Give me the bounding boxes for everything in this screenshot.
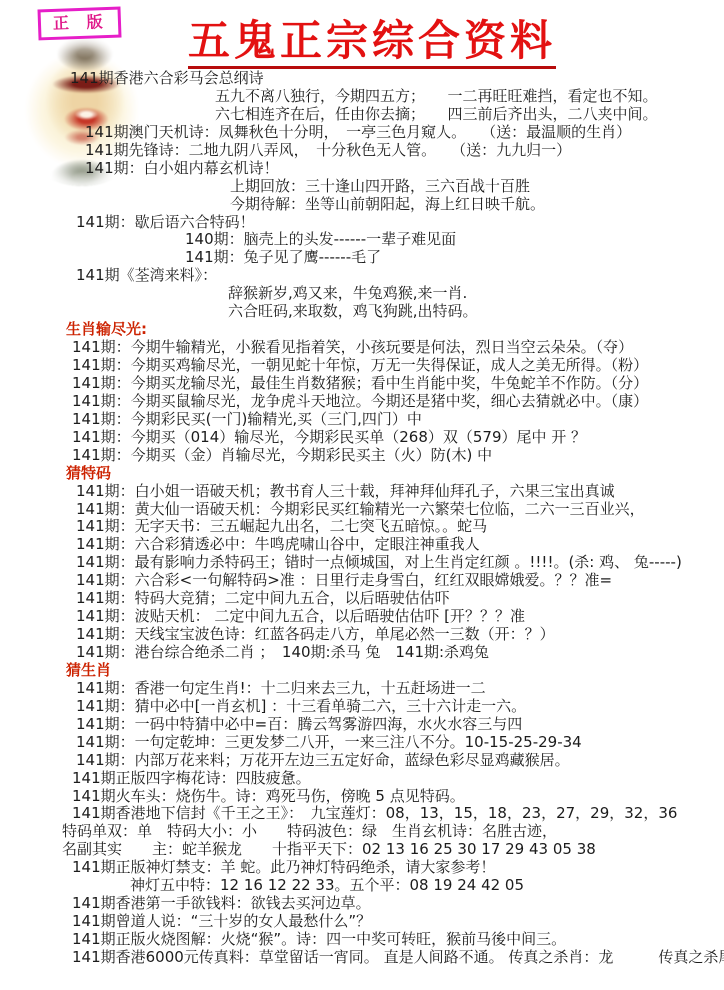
text-line: 141期先锋诗：二地九阴八弄风， 十分秋色无人管。 （送：九九归一）: [0, 142, 724, 160]
text-line: 141期：今期牛输精光，小猴看见指着笑，小孩玩要是何法，烈日当空云朵朵。（夺）: [0, 339, 724, 357]
genuine-badge-label: 正 版: [53, 12, 109, 33]
text-line: 141期：内部万花来料；万花开左边三五定好命，蓝绿色彩尽显鸡藏猴居。: [0, 752, 724, 770]
text-line: 141期：黄大仙一语破天机：今期彩民买红输精光一六繁荣七位临，二六一三百业兴，: [0, 501, 724, 519]
text-line: 141期：今期买（014）输尽光，今期彩民买单（268）双（579）尾中 开 ？: [0, 429, 724, 447]
text-line: 141期正版四字梅花诗：四肢疲惫。: [0, 770, 724, 788]
text-line: 141期正版火烧图解：火烧“猴”。诗：四一中奖可转旺，猴前马後中间三。: [0, 931, 724, 949]
text-line: 上期回放：三十逢山四开路，三六百战十百胜: [0, 178, 724, 196]
text-line: 141期：最有影响力杀特码王；错时一点倾城国，对上生肖定红颜 。!!!!。(杀:…: [0, 554, 724, 572]
text-line: 141期：六合彩<一句解特码>准 ：日里行走身雪白，红红双眼嫦娥爱。？？准=: [0, 572, 724, 590]
text-line: 141期：波贴天机： 二定中间九五合，以后晤驶估估吓 [开？？？准: [0, 608, 724, 626]
text-line: 141期：天线宝宝波色诗：红蓝各码走八方，单尾必然一三数（开：？）: [0, 626, 724, 644]
section-header: 猜生肖: [0, 662, 724, 680]
text-line: 141期：无字天书：三五崛起九出名，二七突飞五暗惊。。蛇马: [0, 518, 724, 536]
text-line: 141期：今期买龙输尽光，最佳生肖数猪猴；看中生肖能中奖，牛兔蛇羊不作防。（分）: [0, 375, 724, 393]
text-line: 141期：兔子见了鹰------毛了: [0, 249, 724, 267]
text-line: 141期香港第一手欲钱料：欲钱去买河边草。: [0, 895, 724, 913]
text-line: 六七相连齐在后，任由你去摘； 四三前后齐出头，二八夹中间。: [0, 106, 724, 124]
text-line: 141期《荃湾来料》：: [0, 267, 724, 285]
text-line: 141期火车头：烧伤牛。诗：鸡死马伤，傍晚 5 点见特码。: [0, 788, 724, 806]
text-line: 141期香港六合彩马会总纲诗: [0, 70, 724, 88]
section-header: 生肖输尽光:: [0, 321, 724, 339]
text-line: 神灯五中特：12 16 12 22 33。五个平：08 19 24 42 05: [0, 877, 724, 895]
genuine-badge: 正 版: [37, 7, 121, 40]
page: 正 版 五鬼正宗综合资料 141期香港六合彩马会总纲诗五九不离八独行，今期四五方…: [0, 0, 724, 990]
text-line: 五九不离八独行，今期四五方； 一二再旺旺难挡，看定也不知。: [0, 88, 724, 106]
page-title: 五鬼正宗综合资料: [188, 18, 556, 69]
text-line: 141期：歇后语六合特码！: [0, 214, 724, 232]
text-line: 141期：今期彩民买(一门)输精光,买（三门,四门）中: [0, 411, 724, 429]
text-line: 141期曾道人说：“三十岁的女人最愁什么”？: [0, 913, 724, 931]
text-line: 140期：脑壳上的头发------一辈子难见面: [0, 231, 724, 249]
text-line: 141期：今期买（金）肖输尽光，今期彩民买主（火）防(木) 中: [0, 447, 724, 465]
text-line: 141期：猜中必中[一肖玄机] ：十三看单骑二六，三十六计走一六。: [0, 698, 724, 716]
text-line: 名副其实 主：蛇羊猴龙 十指平天下：02 13 16 25 30 17 29 4…: [0, 841, 724, 859]
text-line: 141期：白小姐内幕玄机诗！: [0, 160, 724, 178]
text-line: 141期：六合彩猜透必中：牛鸣虎啸山谷中，定眼注神重我人: [0, 536, 724, 554]
section-header: 猜特码: [0, 465, 724, 483]
text-line: 141期香港6000元传真料：草堂留话一宵同。 直是人间路不通。 传真之杀肖：龙…: [0, 949, 724, 967]
text-line: 141期：今期买鼠输尽光，龙争虎斗天地泣。今期还是猪中奖，细心去猜就必中。（康）: [0, 393, 724, 411]
text-line: 今期待解：坐等山前朝阳起，海上红日映千航。: [0, 196, 724, 214]
text-line: 141期澳门天机诗：凤舞秋色十分明， 一亭三色月窥人。 （送：最温顺的生肖）: [0, 124, 724, 142]
text-line: 141期：港台综合绝杀二肖 ； 140期:杀马 兔 141期:杀鸡兔: [0, 644, 724, 662]
text-line: 141期：一码中特猜中必中=百：腾云驾雾游四海，水火水容三与四: [0, 716, 724, 734]
text-line: 141期香港地下信封《千王之王》： 九宝莲灯：08，13，15，18，23，27…: [0, 805, 724, 823]
text-line: 141期：特码大竞猜；二定中间九五合，以后晤驶估估吓: [0, 590, 724, 608]
text-line: 辞猴新岁,鸡又来，牛兔鸡猴,来一肖.: [0, 285, 724, 303]
content-lines: 141期香港六合彩马会总纲诗五九不离八独行，今期四五方； 一二再旺旺难挡，看定也…: [0, 70, 724, 967]
text-line: 141期：今期买鸡输尽光，一朝见蛇十年惊，万无一失得保证，成人之美无所得。（粉）: [0, 357, 724, 375]
text-line: 特码单双：单 特码大小：小 特码波色：绿 生肖玄机诗：名胜古迹，: [0, 823, 724, 841]
text-line: 141期：白小姐一语破天机；教书育人三十载，拜神拜仙拜孔子，六果三宝出真诚: [0, 483, 724, 501]
text-line: 141期：香港一句定生肖!：十二归来去三九，十五赶场进一二: [0, 680, 724, 698]
text-line: 141期正版神灯禁支：羊 蛇。此乃神灯特码绝杀，请大家参考！: [0, 859, 724, 877]
text-line: 六合旺码,来取数，鸡飞狗跳,出特码。: [0, 303, 724, 321]
text-line: 141期：一句定乾坤：三更发梦二八开，一来三注八不分。10-15-25-29-3…: [0, 734, 724, 752]
